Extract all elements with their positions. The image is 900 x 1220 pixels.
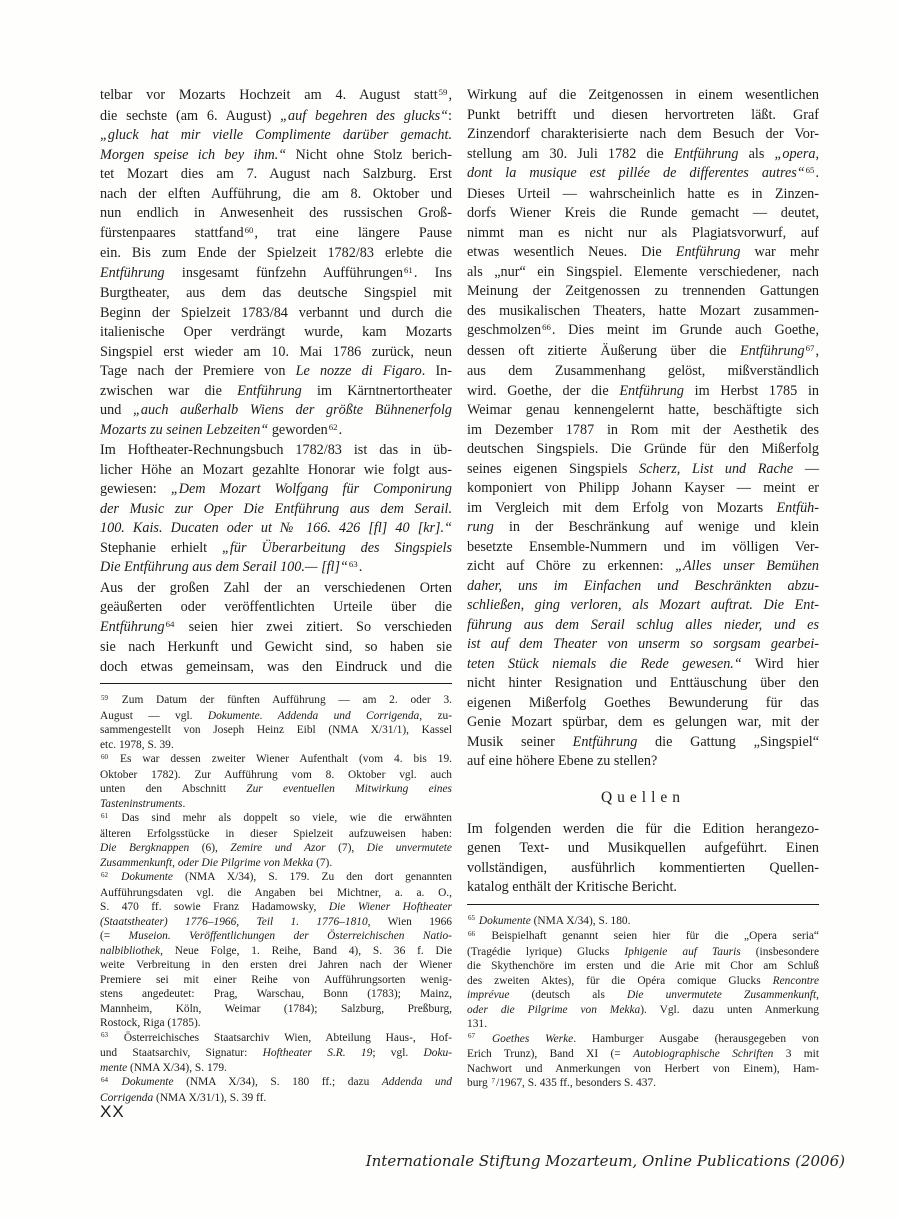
text-line: S. 470 ff. sowie Franz Hadamowsky, Die W… (100, 900, 452, 915)
text-line: dessen oft zitierte Äußerung über die En… (467, 342, 819, 363)
quellen-paragraph: Im folgenden werden die für die Edition … (467, 820, 819, 898)
right-column-footnotes: 65 Dokumente (NMA X/34), S. 180.66 Beisp… (467, 904, 819, 1092)
footnote-marker: 63 (100, 1031, 109, 1039)
text-line: Nachwort und Anmerkungen von Herbert von… (467, 1062, 819, 1077)
text-line: seines eigenen Singspiels Scherz, List u… (467, 460, 819, 480)
text-line: als „nur“ ein Singspiel. Elemente versch… (467, 263, 819, 283)
text-line: zwischen war die Entführung im Kärntnert… (100, 382, 452, 402)
footnote-marker: 61 (403, 265, 414, 275)
text-line: schließen, ging verloren, als Mozart auf… (467, 596, 819, 616)
text-line: eigenen Mißerfolg Goethes Bewunderung fü… (467, 694, 819, 714)
text-line: nimmt man es nicht nur als Plagiatsvorwu… (467, 224, 819, 244)
text-line: besetzte Ensemble-Nummern und im völlige… (467, 538, 819, 558)
text-line: führung aus dem Serail schlug alles nied… (467, 616, 819, 636)
text-line: Tage nach der Premiere von Le nozze di F… (100, 362, 452, 382)
text-line: dont la musique est pillée de differente… (467, 164, 819, 185)
right-column-body-text: Wirkung auf die Zeitgenossen in einem we… (467, 86, 819, 772)
footnote-marker: 65 (805, 165, 816, 175)
text-line: wird. Goethe, der die Entführung im Herb… (467, 382, 819, 402)
text-line: Wirkung auf die Zeitgenossen in einem we… (467, 86, 819, 106)
text-line: 61 Das sind mehr als doppelt so viele, w… (100, 811, 452, 827)
text-line: ein. Bis zum Ende der Spielzeit 1782/83 … (100, 244, 452, 264)
text-line: Im folgenden werden die für die Edition … (467, 820, 819, 840)
text-line: etc. 1978, S. 39. (100, 738, 452, 753)
text-line: (= Museion. Veröffentlichungen der Öster… (100, 929, 452, 944)
text-line: Dieses Urteil — wahrscheinlich hatte es … (467, 185, 819, 205)
text-line: Weimar genau kennengelernt hatte, beschä… (467, 401, 819, 421)
text-line: doch etwas gemeinsam, was den Eindruck u… (100, 658, 452, 678)
footnote-marker: 66 (467, 930, 476, 938)
text-line: mente (NMA X/34), S. 179. (100, 1061, 452, 1076)
text-line: Premiere sei mit einer Reihe von Aufführ… (100, 973, 452, 988)
footnote-marker: 7 (491, 1077, 497, 1085)
text-line: sammengestellt von Joseph Heinz Eibl (NM… (100, 723, 452, 738)
footnote-marker: 63 (348, 559, 359, 569)
text-line: Entführung64 seien hier zwei zitiert. So… (100, 618, 452, 639)
text-line: auf eine höhere Ebene zu stellen? (467, 752, 819, 772)
text-line: Rostock, Riga (1785). (100, 1016, 452, 1031)
text-line: zicht auf Chöre zu erkennen: „Alles unse… (467, 557, 819, 577)
footnote-marker: 67 (805, 343, 816, 353)
footnote-marker: 66 (541, 322, 552, 332)
text-line: Zinzendorf charakterisierte nach dem Bes… (467, 125, 819, 145)
text-line: unten den Abschnitt Zur eventuellen Mitw… (100, 782, 452, 797)
text-line: 66 Beispielhaft genannt seien hier für d… (467, 929, 819, 945)
text-line: licher Höhe an Mozart gezahlte Honorar w… (100, 461, 452, 481)
text-line: 64 Dokumente (NMA X/34), S. 180 ff.; daz… (100, 1075, 452, 1091)
text-line: 60 Es war dessen zweiter Wiener Aufentha… (100, 752, 452, 768)
text-line: vollständigen, ausführlich kommentierten… (467, 859, 819, 879)
footer-credit: Internationale Stiftung Mozarteum, Onlin… (366, 1152, 845, 1170)
text-line: Burgtheater, aus dem das deutsche Singsp… (100, 284, 452, 304)
footnote-marker: 67 (467, 1032, 476, 1040)
text-line: im Dezember 1787 in Rom mit der Aestheti… (467, 421, 819, 441)
text-line: Genie Mozart spürbar, dem es gelungen wa… (467, 713, 819, 733)
text-line: August — vgl. Dokumente. Addenda und Cor… (100, 709, 452, 724)
text-line: der Music zur Oper Die Entführung aus de… (100, 500, 452, 520)
text-line: burg 7/1967, S. 435 ff., besonders S. 43… (467, 1076, 819, 1092)
text-line: genen Text- und Musikquellen aufgeführt.… (467, 839, 819, 859)
text-line: Entführung insgesamt fünfzehn Aufführung… (100, 264, 452, 285)
text-line: Die Bergknappen (6), Zemire und Azor (7)… (100, 841, 452, 856)
left-column: telbar vor Mozarts Hochzeit am 4. August… (100, 86, 452, 1105)
text-line: geäußerten oder veröffentlichten Urteile… (100, 598, 452, 618)
text-line: Musik seiner Entführung die Gattung „Sin… (467, 733, 819, 753)
text-line: 62 Dokumente (NMA X/34), S. 179. Zu den … (100, 870, 452, 886)
text-line: katalog enthält der Kritische Bericht. (467, 878, 819, 898)
text-line: (Staatstheater) 1776–1966, Teil 1. 1776–… (100, 915, 452, 930)
text-line: tet Mozart dies am 7. August nach Salzbu… (100, 165, 452, 185)
text-line: weite Verbreitung in den ersten drei Jah… (100, 958, 452, 973)
text-line: Tasteninstruments. (100, 797, 452, 812)
text-line: im Vergleich mit dem Erfolg von Mozarts … (467, 499, 819, 519)
footnote-marker: 59 (100, 694, 109, 702)
scanned-book-page: telbar vor Mozarts Hochzeit am 4. August… (0, 0, 900, 1220)
text-line: Erich Trunz), Band XI (= Autobiographisc… (467, 1047, 819, 1062)
text-line: Aufführungsdaten vgl. die Angaben bei Mi… (100, 886, 452, 901)
text-line: Punkt betrifft und diesen hervortreten l… (467, 106, 819, 126)
footnote-marker: 60 (244, 225, 255, 235)
text-line: komponiert von Philipp Johann Kayser — m… (467, 479, 819, 499)
text-line: nun endlich in Anwesenheit des russische… (100, 204, 452, 224)
text-line: 59 Zum Datum der fünften Aufführung — am… (100, 693, 452, 709)
text-line: und „auch außerhalb Wiens der größte Büh… (100, 401, 452, 421)
footnote-marker: 60 (100, 753, 109, 761)
text-line: rung in der Beschränkung auf wenige und … (467, 518, 819, 538)
text-line: Im Hoftheater-Rechnungsbuch 1782/83 ist … (100, 441, 452, 461)
text-line: Aus der großen Zahl der an verschiedenen… (100, 579, 452, 599)
right-column: Wirkung auf die Zeitgenossen in einem we… (467, 86, 819, 1092)
text-line: sie nach Herkunft und Gewicht sind, so h… (100, 638, 452, 658)
text-line: und Staatsarchiv, Signatur: Hoftheater S… (100, 1046, 452, 1061)
text-line: fürstenpaares stattfand60, trat eine län… (100, 224, 452, 245)
text-line: Oktober 1782). Zur Aufführung vom 8. Okt… (100, 768, 452, 783)
text-line: Stephanie erhielt „für Überarbeitung des… (100, 539, 452, 559)
text-line: etwas wesentlich Neues. Die Entführung w… (467, 243, 819, 263)
text-line: 65 Dokumente (NMA X/34), S. 180. (467, 914, 819, 930)
text-line: (Tragédie lyrique) Glucks Iphigenie auf … (467, 945, 819, 960)
text-line: nalbibliothek, Neue Folge, 1. Reihe, Ban… (100, 944, 452, 959)
page-number: XX (100, 1102, 125, 1122)
text-line: Singspiel erst wieder am 10. Mai 1786 zu… (100, 343, 452, 363)
text-line: 67 Goethes Werke. Hamburger Ausgabe (her… (467, 1032, 819, 1048)
text-line: Mannheim, Köln, Weimar (1784); Salzburg,… (100, 1002, 452, 1017)
footnote-marker: 64 (100, 1076, 109, 1084)
text-line: geschmolzen66. Dies meint im Grunde auch… (467, 321, 819, 342)
footnote-marker: 62 (100, 871, 109, 879)
text-line: deutschen Singspiels. Die Gründe für den… (467, 440, 819, 460)
text-line: ist auf dem Theater von unserm so sorgsa… (467, 635, 819, 655)
text-line: aus dem Zusammenhang gelöst, mißverständ… (467, 362, 819, 382)
text-line: Zusammenkunft, oder Die Pilgrime von Mek… (100, 856, 452, 871)
text-line: Meinung der Zeitgenossen zu trennenden G… (467, 282, 819, 302)
text-line: Die Entführung aus dem Serail 100.— [fl]… (100, 558, 452, 579)
text-line: nach der elften Aufführung, die am 8. Ok… (100, 185, 452, 205)
text-line: imprévue (deutsch als Die unvermutete Zu… (467, 988, 819, 1003)
text-line: teten Stück niemals die Rede gewesen.“ W… (467, 655, 819, 675)
text-line: 100. Kais. Ducaten oder ut № 166. 426 [f… (100, 519, 452, 539)
text-line: Mozarts zu seinen Lebzeiten“ geworden62. (100, 421, 452, 442)
text-line: die sechste (am 6. August) „auf begehren… (100, 107, 452, 127)
footnote-marker: 65 (467, 914, 476, 922)
text-line: Corrigenda (NMA X/31/1), S. 39 ff. (100, 1091, 452, 1106)
text-line: nicht hinter Resignation und Enttäuschun… (467, 674, 819, 694)
text-line: „gluck hat mir vielle Complimente darübe… (100, 126, 452, 146)
text-line: älteren Erfolgsstücke in dieser Spielzei… (100, 827, 452, 842)
text-line: dorfs Wiener Kreis die Runde gemacht — d… (467, 204, 819, 224)
text-line: 63 Österreichisches Staatsarchiv Wien, A… (100, 1031, 452, 1047)
text-line: oder die Pilgrime von Mekka). Vgl. dazu … (467, 1003, 819, 1018)
text-line: des zweiten Aktes), für die Opéra comiqu… (467, 974, 819, 989)
left-column-body-text: telbar vor Mozarts Hochzeit am 4. August… (100, 86, 452, 677)
text-line: stens angedeutet: Prag, Warschau, Bonn (… (100, 987, 452, 1002)
footnote-marker: 61 (100, 812, 109, 820)
text-line: gewiesen: „Dem Mozart Wolfgang für Compo… (100, 480, 452, 500)
text-line: die Skythenchöre im ersten und die Arie … (467, 959, 819, 974)
text-line: des musikalischen Theaters, hatte Mozart… (467, 302, 819, 322)
text-line: daher, uns im Einfachen und Beschränkten… (467, 577, 819, 597)
text-line: stellung am 30. Juli 1782 die Entführung… (467, 145, 819, 165)
text-line: italienische Oper verdrängt wurde, kam M… (100, 323, 452, 343)
text-line: Morgen speise ich bey ihm.“ Nicht ohne S… (100, 146, 452, 166)
footnote-marker: 64 (165, 619, 176, 629)
footnote-marker: 62 (328, 422, 339, 432)
left-column-footnotes: 59 Zum Datum der fünften Aufführung — am… (100, 683, 452, 1105)
text-line: telbar vor Mozarts Hochzeit am 4. August… (100, 86, 452, 107)
footnote-marker: 59 (438, 87, 449, 97)
section-heading-quellen: Quellen (467, 789, 819, 807)
text-line: Beginn der Spielzeit 1783/84 verbannt un… (100, 304, 452, 324)
text-line: 131. (467, 1017, 819, 1032)
